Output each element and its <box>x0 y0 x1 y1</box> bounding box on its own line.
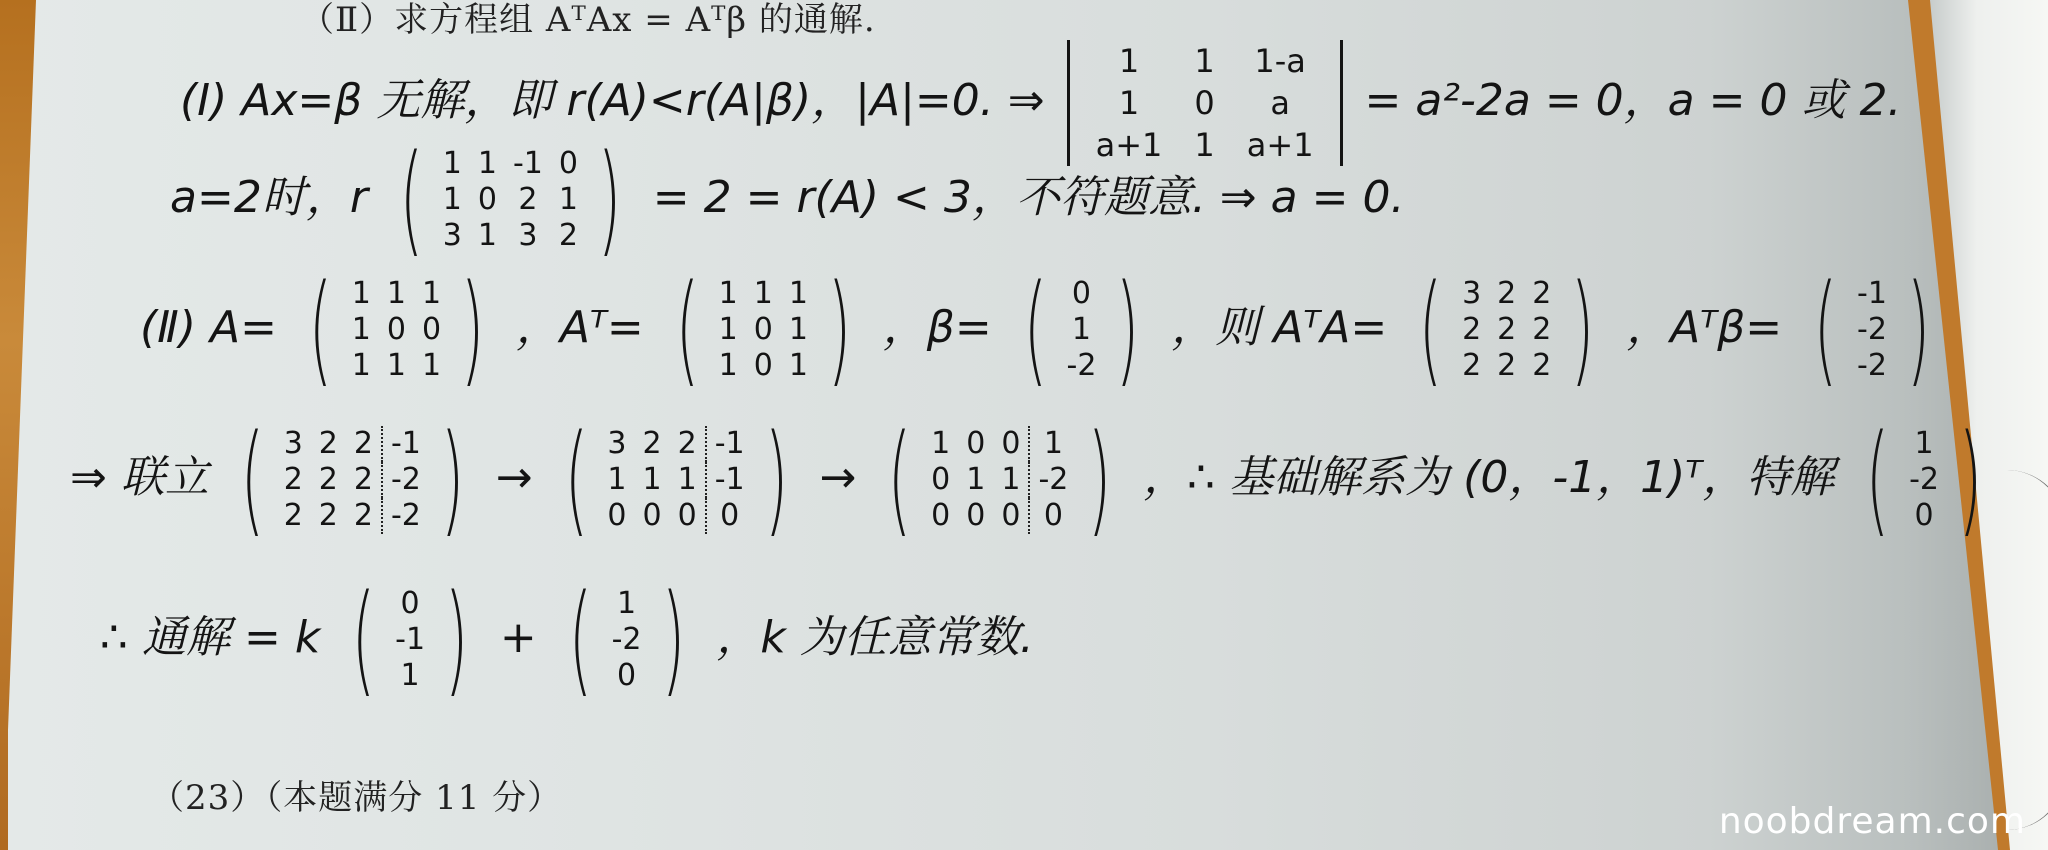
matrix-cell: 1 <box>781 276 816 312</box>
beta-label: ，β= <box>883 302 992 353</box>
matrix-cell: 2 <box>346 426 382 462</box>
combine-label: ⇒ 联立 <box>70 452 209 503</box>
matrix-cell: 2 <box>1489 276 1524 312</box>
matrix-cell: 1 <box>344 276 379 312</box>
matrix-cell: 1 <box>344 348 379 384</box>
matrix-cell: 1 <box>599 462 634 498</box>
matrix-cell: 1 <box>635 462 670 498</box>
particular-vector: (1-20) <box>557 580 697 700</box>
matrix-cell: 0 <box>1029 498 1076 534</box>
matrix-cell: 1 <box>379 348 414 384</box>
matrix-cell: 0 <box>599 498 634 534</box>
augmented-matrix-a2: (11-1010213132) <box>388 140 633 260</box>
matrix-AT: (111101101) <box>664 270 863 390</box>
matrix-cell: 1 <box>711 312 746 348</box>
solution-general: ∴ 通解 = k (0-11) + (1-20) ，k 为任意常数. <box>100 580 1034 700</box>
plus-sign: + <box>500 612 537 663</box>
matrix-cell: 1 <box>470 146 505 182</box>
part2-label: (Ⅱ) A= <box>140 302 277 353</box>
matrix-cell: 3 <box>505 218 551 254</box>
arrow-icon: → <box>496 452 533 503</box>
matrix-cell: 1 <box>344 312 379 348</box>
matrix-cell: -1 <box>382 426 429 462</box>
matrix-cell: 2 <box>311 426 346 462</box>
matrix-cell: 1 <box>711 348 746 384</box>
matrix-cell: -2 <box>382 462 429 498</box>
printed-question-tail: （Ⅱ）求方程组 AᵀAx = Aᵀβ 的通解. <box>300 0 876 41</box>
matrix-cell: 1 <box>414 276 449 312</box>
matrix-cell: 2 <box>505 182 551 218</box>
general-solution-label: ∴ 通解 = k <box>100 612 320 663</box>
matrix-cell: 3 <box>1454 276 1489 312</box>
matrix-cell: 1 <box>604 586 650 622</box>
matrix-cell: -2 <box>1901 462 1947 498</box>
matrix-cell: 1 <box>1080 40 1179 82</box>
matrix-cell: -2 <box>1849 348 1895 384</box>
matrix-cell: -1 <box>505 146 551 182</box>
matrix-cell: -2 <box>1029 462 1076 498</box>
matrix-cell: -1 <box>706 426 753 462</box>
part1-prefix: (Ⅰ) Ax=β 无解，即 r(A)<r(A|β)，|A|=0. ⇒ <box>180 75 1045 126</box>
matrix-cell: 1 <box>993 462 1029 498</box>
a2-prefix: a=2时，r <box>170 172 368 223</box>
augmented-matrix-3: (1001011-20000) <box>876 420 1123 540</box>
matrix-cell: 1 <box>470 218 505 254</box>
matrix-cell: 0 <box>604 658 650 694</box>
ATA-label: ，则 AᵀA= <box>1171 302 1387 353</box>
matrix-cell: -2 <box>1849 312 1895 348</box>
matrix-cell: -1 <box>706 462 753 498</box>
matrix-cell: 2 <box>346 498 382 534</box>
matrix-cell: 1 <box>1059 312 1105 348</box>
matrix-cell: 0 <box>414 312 449 348</box>
matrix-cell: 0 <box>635 498 670 534</box>
matrix-cell: 1 <box>670 462 706 498</box>
matrix-cell: 0 <box>1901 498 1947 534</box>
matrix-cell: 0 <box>993 498 1029 534</box>
matrix-cell: 0 <box>470 182 505 218</box>
matrix-cell: 1 <box>781 312 816 348</box>
matrix-cell: -2 <box>604 622 650 658</box>
matrix-cell: 2 <box>1524 312 1559 348</box>
matrix-cell: 0 <box>706 498 753 534</box>
matrix-cell: 1 <box>387 658 433 694</box>
ATb-label: ，Aᵀβ= <box>1626 302 1782 353</box>
watermark: noobdream.com <box>1719 801 2026 842</box>
matrix-cell: -2 <box>382 498 429 534</box>
matrix-cell: 0 <box>387 586 433 622</box>
matrix-cell: a <box>1231 82 1330 124</box>
matrix-A: (111100111) <box>297 270 496 390</box>
matrix-cell: 0 <box>746 312 781 348</box>
matrix-cell: -1 <box>387 622 433 658</box>
matrix-cell: 2 <box>1454 312 1489 348</box>
matrix-cell: 3 <box>435 218 470 254</box>
matrix-cell: 0 <box>923 498 958 534</box>
augmented-matrix-1: (322-1222-2222-2) <box>229 420 476 540</box>
matrix-cell: 3 <box>276 426 311 462</box>
particular-solution-vector: (1-20) <box>1854 420 1994 540</box>
matrix-cell: 2 <box>276 498 311 534</box>
matrix-cell: 1-a <box>1231 40 1330 82</box>
matrix-cell: 1 <box>379 276 414 312</box>
matrix-cell: 0 <box>670 498 706 534</box>
matrix-cell: 2 <box>551 218 586 254</box>
basis-vector: (0-11) <box>340 580 480 700</box>
matrix-cell: 1 <box>711 276 746 312</box>
matrix-cell: 0 <box>1059 276 1105 312</box>
basis-text: ，∴ 基础解系为 (0，-1，1)ᵀ，特解 <box>1143 452 1834 503</box>
matrix-cell: 2 <box>635 426 670 462</box>
matrix-cell: 1 <box>958 462 993 498</box>
matrix-cell: 1 <box>781 348 816 384</box>
solution-part2-matrices: (Ⅱ) A= (111100111) ，Aᵀ= (111101101) ，β= … <box>140 270 1948 390</box>
matrix-cell: 0 <box>993 426 1029 462</box>
matrix-cell: 0 <box>746 348 781 384</box>
matrix-cell: 0 <box>923 462 958 498</box>
matrix-cell: 2 <box>1489 312 1524 348</box>
matrix-cell: 1 <box>414 348 449 384</box>
matrix-cell: 1 <box>435 182 470 218</box>
augmented-matrix-2: (322-1111-10000) <box>553 420 800 540</box>
matrix-cell: 1 <box>551 182 586 218</box>
matrix-cell: 1 <box>746 276 781 312</box>
matrix-cell: 0 <box>379 312 414 348</box>
matrix-cell: 0 <box>958 426 993 462</box>
matrix-cell: 2 <box>1524 276 1559 312</box>
matrix-cell: 1 <box>1029 426 1076 462</box>
a2-suffix: = 2 = r(A) < 3，不符题意. ⇒ a = 0. <box>653 172 1405 223</box>
matrix-cell: -2 <box>1059 348 1105 384</box>
matrix-cell: 1 <box>1080 82 1179 124</box>
part1-suffix: = a²-2a = 0，a = 0 或 2. <box>1365 75 1902 126</box>
AT-label: ，Aᵀ= <box>516 302 644 353</box>
arrow-icon: → <box>819 452 856 503</box>
solution-row-reduction: ⇒ 联立 (322-1222-2222-2) → (322-1111-10000… <box>70 420 2000 540</box>
matrix-cell: 2 <box>311 462 346 498</box>
vector-beta: (01-2) <box>1012 270 1152 390</box>
matrix-cell: 1 <box>435 146 470 182</box>
matrix-cell: 2 <box>1489 348 1524 384</box>
solution-a2-check: a=2时，r (11-1010213132) = 2 = r(A) < 3，不符… <box>170 140 1404 260</box>
matrix-cell: 2 <box>1454 348 1489 384</box>
matrix-cell: 1 <box>1178 40 1230 82</box>
matrix-cell: 2 <box>670 426 706 462</box>
matrix-cell: 2 <box>311 498 346 534</box>
matrix-cell: 2 <box>276 462 311 498</box>
matrix-cell: 0 <box>1178 82 1230 124</box>
constant-note: ，k 为任意常数. <box>716 612 1033 663</box>
matrix-cell: 0 <box>551 146 586 182</box>
matrix-cell: 2 <box>1524 348 1559 384</box>
matrix-cell: 1 <box>1901 426 1947 462</box>
matrix-cell: 2 <box>346 462 382 498</box>
matrix-cell: 3 <box>599 426 634 462</box>
next-question-header: （23）（本题满分 11 分） <box>150 770 562 819</box>
matrix-cell: 0 <box>958 498 993 534</box>
matrix-cell: -1 <box>1849 276 1895 312</box>
vector-ATb: (-1-2-2) <box>1802 270 1942 390</box>
matrix-ATA: (322222222) <box>1407 270 1606 390</box>
matrix-cell: 1 <box>923 426 958 462</box>
